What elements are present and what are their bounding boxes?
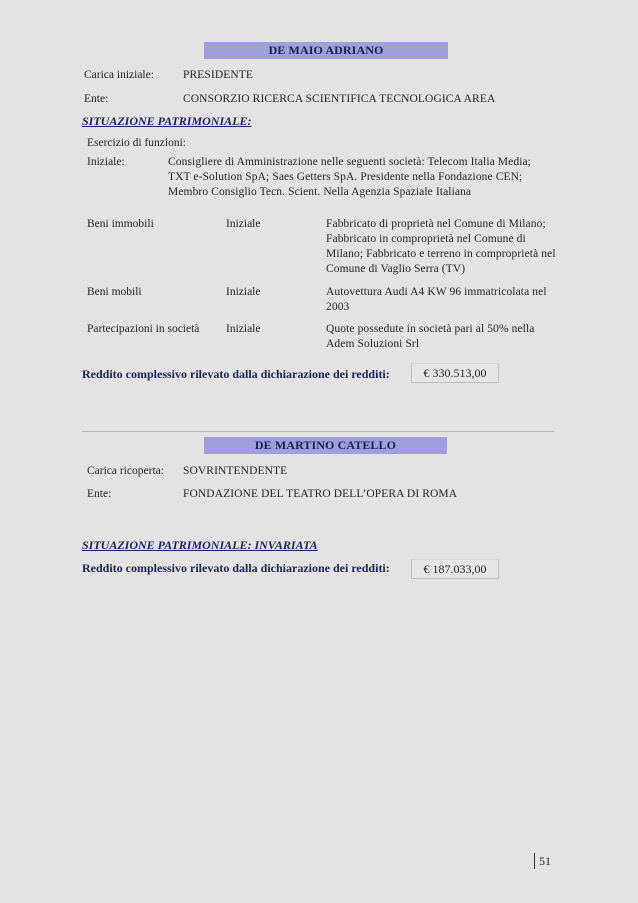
- functions-line: TXT e-Solution SpA; Saes Getters SpA. Pr…: [168, 170, 531, 185]
- section-divider: [82, 431, 554, 432]
- asset-description: Autovettura Audi A4 KW 96 immatricolata …: [326, 285, 547, 315]
- functions-description: Consigliere di Amministrazione nelle seg…: [168, 155, 531, 200]
- asset-status: Iniziale: [226, 217, 260, 232]
- asset-line: Autovettura Audi A4 KW 96 immatricolata …: [326, 285, 547, 300]
- asset-line: Milano; Fabbricato e terreno in compropr…: [326, 247, 556, 262]
- income-label: Reddito complessivo rilevato dalla dichi…: [82, 367, 390, 382]
- asset-status: Iniziale: [226, 322, 260, 337]
- role-label: Carica iniziale:: [84, 68, 154, 83]
- income-value: € 187.033,00: [411, 559, 499, 579]
- asset-line: Quote possedute in società pari al 50% n…: [326, 322, 534, 337]
- income-label: Reddito complessivo rilevato dalla dichi…: [82, 561, 390, 576]
- asset-description: Fabbricato di proprietà nel Comune di Mi…: [326, 217, 556, 277]
- role-value: PRESIDENTE: [183, 68, 253, 83]
- functions-label: Esercizio di funzioni:: [87, 136, 186, 151]
- entity-label: Ente:: [87, 487, 111, 502]
- asset-line: Fabbricato in comproprietà nel Comune di: [326, 232, 556, 247]
- asset-description: Quote possedute in società pari al 50% n…: [326, 322, 534, 352]
- entity-label: Ente:: [84, 92, 108, 107]
- functions-line: Consigliere di Amministrazione nelle seg…: [168, 155, 531, 170]
- asset-line: 2003: [326, 300, 547, 315]
- asset-status: Iniziale: [226, 285, 260, 300]
- section-title-patrimonial: SITUAZIONE PATRIMONIALE: INVARIATA: [82, 538, 318, 553]
- functions-line: Membro Consiglio Tecn. Scient. Nella Age…: [168, 185, 531, 200]
- asset-category: Partecipazioni in società: [87, 322, 199, 337]
- asset-category: Beni immobili: [87, 217, 154, 232]
- person-name-bar: DE MARTINO CATELLO: [204, 437, 447, 454]
- asset-line: Fabbricato di proprietà nel Comune di Mi…: [326, 217, 556, 232]
- asset-line: Adem Soluzioni Srl: [326, 337, 534, 352]
- person-name-bar: DE MAIO ADRIANO: [204, 42, 448, 59]
- section-title-patrimonial: SITUAZIONE PATRIMONIALE:: [82, 114, 251, 129]
- asset-line: Comune di Vaglio Serra (TV): [326, 262, 556, 277]
- page-number: 51: [534, 853, 551, 869]
- entity-value: CONSORZIO RICERCA SCIENTIFICA TECNOLOGIC…: [183, 92, 495, 107]
- asset-category: Beni mobili: [87, 285, 142, 300]
- entity-value: FONDAZIONE DEL TEATRO DELL’OPERA DI ROMA: [183, 487, 457, 502]
- role-value: SOVRINTENDENTE: [183, 464, 287, 479]
- role-label: Carica ricoperta:: [87, 464, 164, 479]
- functions-initial-label: Iniziale:: [87, 155, 125, 170]
- income-value: € 330.513,00: [411, 363, 499, 383]
